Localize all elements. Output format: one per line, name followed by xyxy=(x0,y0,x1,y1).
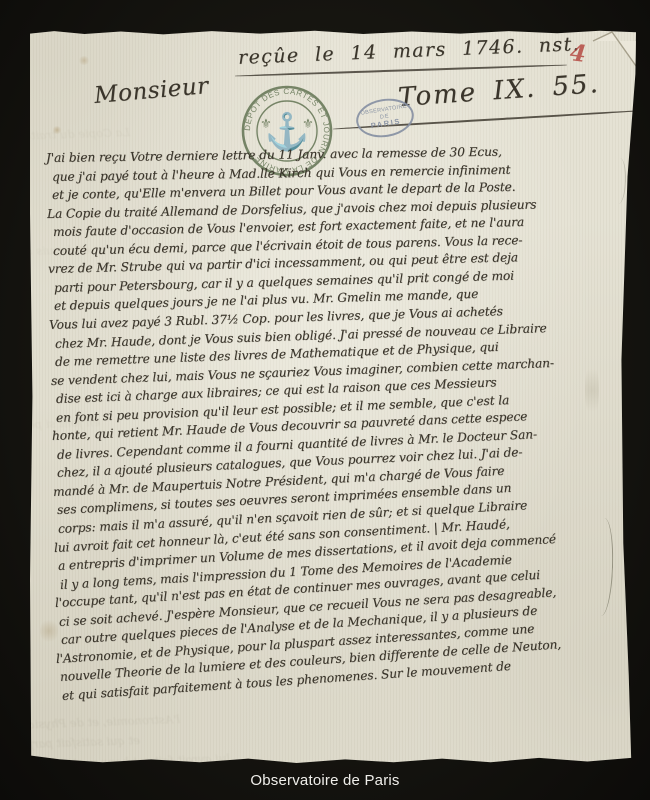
photo-caption: Observatoire de Paris xyxy=(0,772,650,789)
letter-body: J'ai bien reçu Votre derniere lettre du … xyxy=(30,30,636,763)
archive-photo-page: { "page": { "caption": "Observatoire de … xyxy=(0,0,650,800)
bleed-through-ghost-text: lui avroit fait cet honneur là, c'eut ét… xyxy=(30,751,230,763)
letter-scan-paper: reçûe le 14 mars 1746. nst. 4 Tome IX. 5… xyxy=(30,30,636,763)
bleed-through-ghost-text: l'Astronomie, et de Physique, pour la pl… xyxy=(30,712,180,742)
bleed-through-ghost-text: et qui satisfait parfaitement à tous les… xyxy=(30,733,140,762)
letter-line: J'ai bien reçu Votre derniere lettre du … xyxy=(46,145,502,165)
